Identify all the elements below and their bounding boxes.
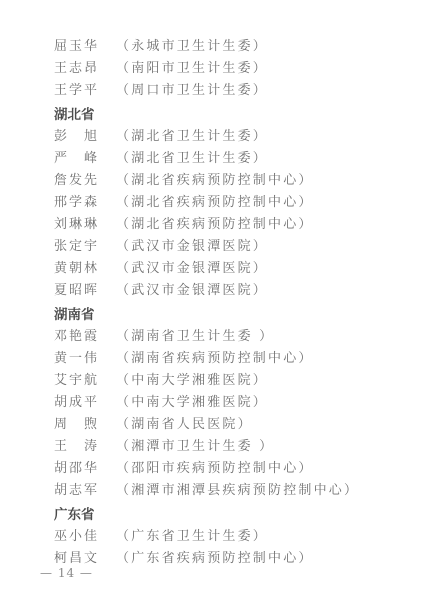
person-entry: 王志昂（南阳市卫生计生委） (0, 58, 421, 80)
person-entry: 严 峰（湖北省卫生计生委） (0, 148, 421, 170)
person-name: 邓艳霞 (54, 326, 124, 348)
person-name: 严 峰 (54, 148, 124, 170)
person-name: 黄朝林 (54, 258, 124, 280)
person-entry: 艾宇航（中南大学湘雅医院） (0, 370, 421, 392)
province-name: 湖北省 (54, 104, 95, 126)
person-organization: （永城市卫生计生委） (116, 36, 268, 58)
page-number: — 14 — (40, 566, 93, 580)
person-entry: 胡成平（中南大学湘雅医院） (0, 392, 421, 414)
person-organization: （武汉市金银潭医院） (116, 236, 268, 258)
person-organization: （湖北省疾病预防控制中心） (116, 192, 314, 214)
person-entry: 夏昭晖（武汉市金银潭医院） (0, 280, 421, 302)
person-name: 夏昭晖 (54, 280, 124, 302)
person-entry: 张定宇（武汉市金银潭医院） (0, 236, 421, 258)
person-organization: （周口市卫生计生委） (116, 80, 268, 102)
person-name: 王 涛 (54, 436, 124, 458)
person-name: 彭 旭 (54, 126, 124, 148)
person-entry: 屈玉华（永城市卫生计生委） (0, 36, 421, 58)
person-organization: （湖南省疾病预防控制中心） (116, 348, 314, 370)
person-organization: （湖北省疾病预防控制中心） (116, 170, 314, 192)
person-entry: 王学平（周口市卫生计生委） (0, 80, 421, 102)
person-name: 邢学森 (54, 192, 124, 214)
person-organization: （湖北省卫生计生委） (116, 126, 268, 148)
person-entry: 黄朝林（武汉市金银潭医院） (0, 258, 421, 280)
person-name: 王学平 (54, 80, 124, 102)
person-name: 艾宇航 (54, 370, 124, 392)
person-name: 张定宇 (54, 236, 124, 258)
person-name: 胡志军 (54, 480, 124, 502)
person-entry: 邓艳霞（湖南省卫生计生委 ） (0, 326, 421, 348)
person-entry: 詹发先（湖北省疾病预防控制中心） (0, 170, 421, 192)
person-organization: （湖南省人民医院） (116, 414, 253, 436)
person-organization: （湘潭市卫生计生委 ） (116, 436, 274, 458)
province-name: 广东省 (54, 504, 95, 526)
person-name: 巫小佳 (54, 526, 124, 548)
province-name: 湖南省 (54, 304, 95, 326)
person-organization: （武汉市金银潭医院） (116, 280, 268, 302)
province-heading: 湖南省 (0, 304, 421, 326)
person-name: 黄一伟 (54, 348, 124, 370)
person-entry: 彭 旭（湖北省卫生计生委） (0, 126, 421, 148)
person-organization: （湖北省疾病预防控制中心） (116, 214, 314, 236)
person-name: 胡邵华 (54, 458, 124, 480)
person-organization: （邵阳市疾病预防控制中心） (116, 458, 314, 480)
person-name: 王志昂 (54, 58, 124, 80)
person-entry: 巫小佳（广东省卫生计生委） (0, 526, 421, 548)
person-name: 胡成平 (54, 392, 124, 414)
person-name: 屈玉华 (54, 36, 124, 58)
province-heading: 湖北省 (0, 104, 421, 126)
person-entry: 黄一伟（湖南省疾病预防控制中心） (0, 348, 421, 370)
person-entry: 王 涛（湘潭市卫生计生委 ） (0, 436, 421, 458)
person-entry: 胡志军（湘潭市湘潭县疾病预防控制中心） (0, 480, 421, 502)
person-entry: 邢学森（湖北省疾病预防控制中心） (0, 192, 421, 214)
person-organization: （南阳市卫生计生委） (116, 58, 268, 80)
person-name: 周 煦 (54, 414, 124, 436)
person-entry: 胡邵华（邵阳市疾病预防控制中心） (0, 458, 421, 480)
person-entry: 周 煦（湖南省人民医院） (0, 414, 421, 436)
person-entry: 刘琳琳（湖北省疾病预防控制中心） (0, 214, 421, 236)
person-organization: （广东省卫生计生委） (116, 526, 268, 548)
province-heading: 广东省 (0, 504, 421, 526)
person-organization: （中南大学湘雅医院） (116, 392, 268, 414)
document-page: 屈玉华（永城市卫生计生委）王志昂（南阳市卫生计生委）王学平（周口市卫生计生委）湖… (0, 0, 421, 605)
person-organization: （湖南省卫生计生委 ） (116, 326, 274, 348)
person-organization: （中南大学湘雅医院） (116, 370, 268, 392)
person-organization: （广东省疾病预防控制中心） (116, 548, 314, 570)
person-organization: （湘潭市湘潭县疾病预防控制中心） (116, 480, 359, 502)
person-organization: （湖北省卫生计生委） (116, 148, 268, 170)
person-organization: （武汉市金银潭医院） (116, 258, 268, 280)
person-name: 詹发先 (54, 170, 124, 192)
person-name: 刘琳琳 (54, 214, 124, 236)
